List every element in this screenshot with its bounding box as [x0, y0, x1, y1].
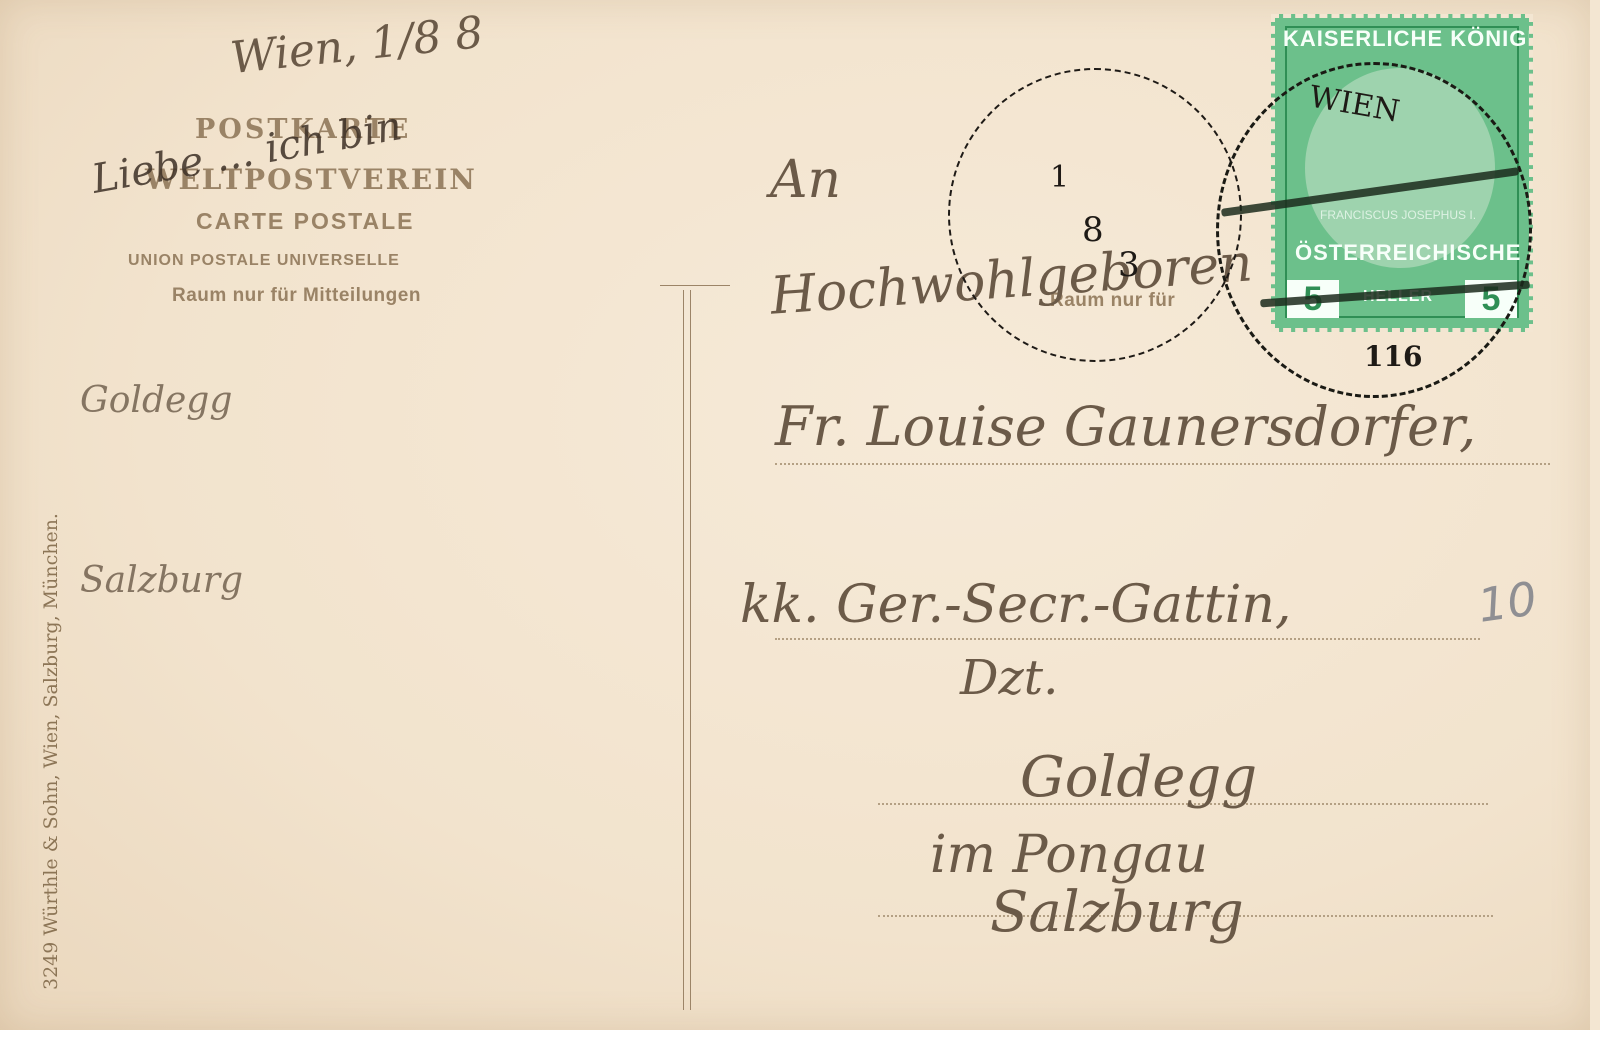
address-town: Goldegg [1020, 745, 1257, 810]
divider-top-line [660, 285, 730, 286]
postcard: POSTKARTE WELTPOSTVEREIN CARTE POSTALE U… [0, 0, 1590, 1030]
cancellation-postmark: WIEN 116 [1216, 62, 1532, 398]
address-line-2 [775, 638, 1480, 640]
address-region: Salzburg [990, 880, 1244, 945]
message-handwriting-2: Goldegg [80, 380, 232, 421]
printed-carte-postale: CARTE POSTALE [196, 208, 415, 235]
address-dzt: Dzt. [960, 650, 1058, 706]
postmark-date-2: 8 [1082, 210, 1104, 250]
message-handwriting-3: Salzburg [80, 560, 243, 601]
postmark-date-1: 1 [1050, 160, 1069, 195]
postmark-date-3: 3 [1118, 245, 1140, 285]
message-area-label: Raum nur für Mitteilungen [172, 285, 421, 307]
address-recipient-name: Fr. Louise Gaunersdorfer, [775, 395, 1476, 458]
pencil-note: 10 [1475, 571, 1540, 633]
handwritten-place-date: Wien, 1/8 8 [228, 7, 486, 84]
address-line-1 [775, 463, 1550, 465]
address-district: im Pongau [930, 825, 1208, 885]
publisher-imprint: 3249 Würthle & Sohn, Wien, Salzburg, Mün… [40, 513, 62, 990]
divider-line-right [690, 290, 691, 1010]
printed-union-fr: UNION POSTALE UNIVERSELLE [128, 252, 400, 270]
postmark-city: WIEN [1307, 79, 1403, 129]
address-salutation: An [770, 150, 841, 210]
receiving-postmark: 1 8 3 [948, 68, 1242, 362]
address-recipient-title: kk. Ger.-Secr.-Gattin, [740, 575, 1291, 635]
postmark-number: 116 [1364, 340, 1422, 373]
scan-bottom-edge [0, 1030, 1600, 1057]
divider-line-left [683, 290, 684, 1010]
stamp-top-text: KAISERLICHE KÖNIGLICHE [1283, 26, 1533, 52]
